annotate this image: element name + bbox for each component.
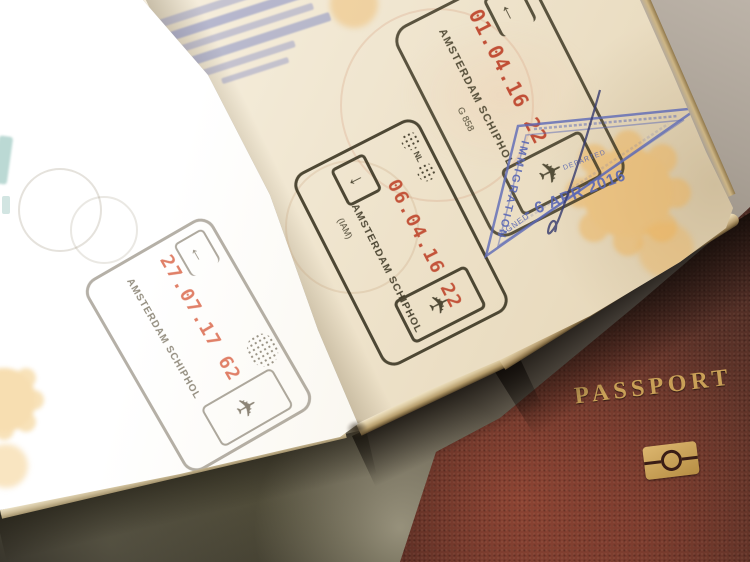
chip-line-left <box>644 460 661 465</box>
ink-mark <box>2 196 10 214</box>
departure-arrow-icon: ↓ <box>330 153 383 208</box>
guilloche-flower <box>0 444 28 488</box>
biometric-chip-icon <box>642 441 700 480</box>
country-code: NL <box>412 150 425 164</box>
watermark-circle <box>70 196 138 264</box>
dots-starburst <box>241 328 284 372</box>
chip-circle <box>659 449 682 472</box>
photo-passport-scene: PASSPORT ← 01.04.16 22 AMS <box>0 0 750 562</box>
ink-mark <box>0 135 13 184</box>
airplane-icon: ✈ <box>200 367 294 448</box>
guilloche-flower <box>0 368 36 432</box>
spine-thread <box>346 420 368 438</box>
departed-label: DEPARTED <box>562 149 607 172</box>
immigration-triangle-stamp: IMMIGRATION DEPARTED - 6 APR 2016 SIGNED <box>460 78 710 278</box>
chip-line-right <box>681 456 698 461</box>
dots-decoration <box>414 160 438 184</box>
stamp-code: (IAM) <box>336 216 355 240</box>
